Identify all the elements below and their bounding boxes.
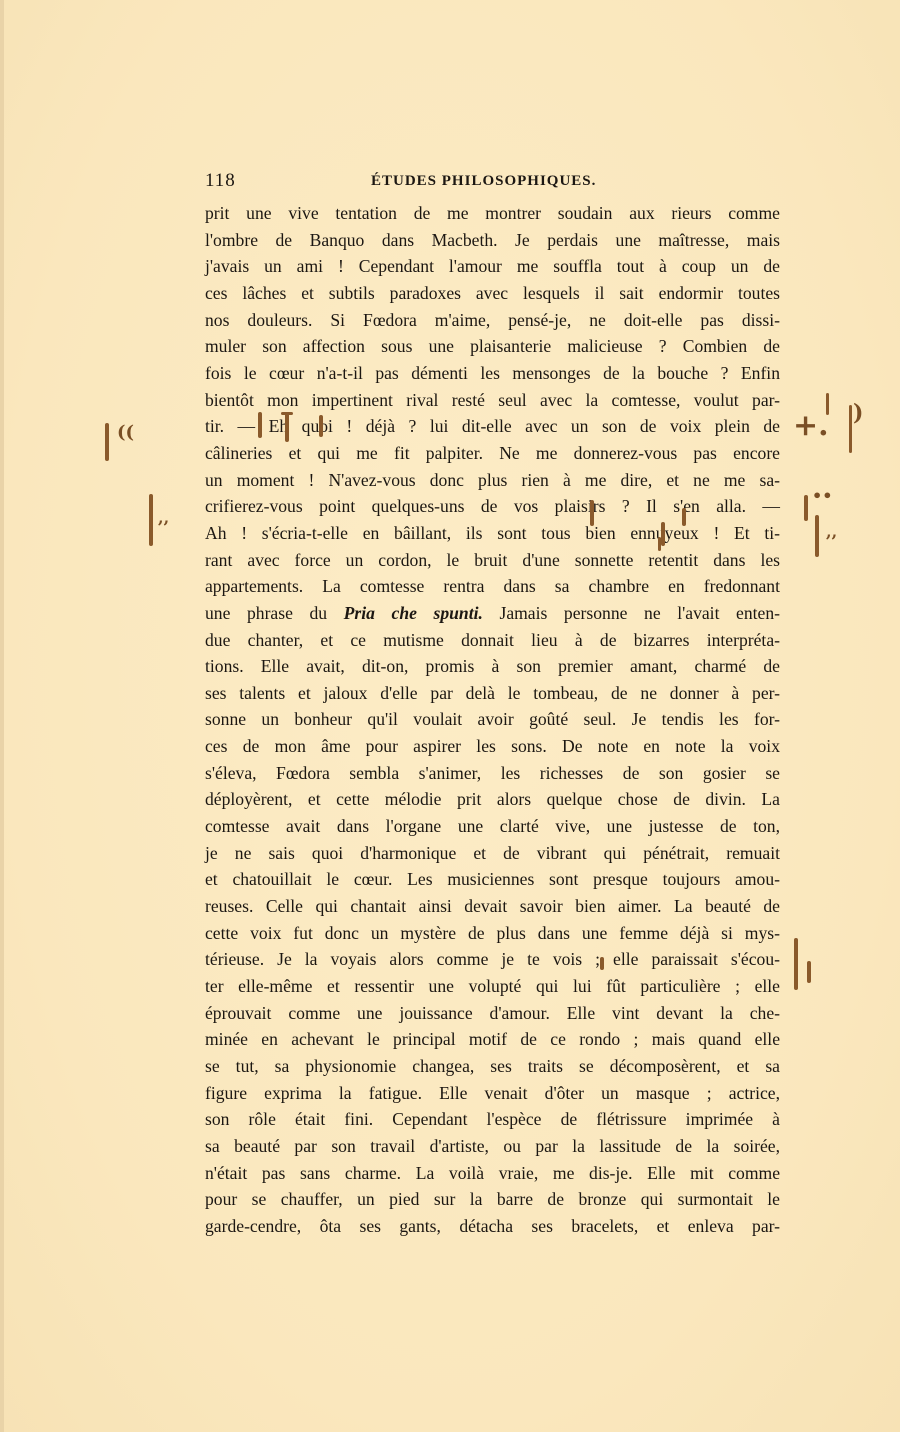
text-line: un moment ! N'avez-vous donc plus rien à… bbox=[205, 467, 780, 494]
margin-annotation: ,, bbox=[826, 522, 837, 541]
text-line-with-italic: une phrase du Pria che spunti. Jamais pe… bbox=[205, 600, 780, 627]
margin-bracket bbox=[149, 494, 153, 546]
proof-mark bbox=[682, 508, 686, 526]
text-line: tions. Elle avait, dit-on, promis à son … bbox=[205, 653, 780, 680]
text-line: muler son affection sous une plaisanteri… bbox=[205, 333, 780, 360]
text-line: éprouvait comme une jouissance d'amour. … bbox=[205, 1000, 780, 1027]
text-line: j'avais un ami ! Cependant l'amour me so… bbox=[205, 253, 780, 280]
margin-annotation: ,, bbox=[158, 508, 169, 527]
text-line: sa beauté par son travail d'artiste, ou … bbox=[205, 1133, 780, 1160]
proof-mark bbox=[319, 415, 323, 437]
page-header: 118 ÉTUDES PHILOSOPHIQUES. bbox=[205, 170, 780, 196]
margin-annotation: ) bbox=[853, 400, 863, 426]
text-line: crifierez-vous point quelques-uns de vos… bbox=[205, 493, 780, 520]
margin-bracket bbox=[105, 423, 109, 461]
proof-mark bbox=[258, 412, 262, 438]
text-line: nos douleurs. Si Fœdora m'aime, pensé-je… bbox=[205, 307, 780, 334]
text-line: térieuse. Je la voyais alors comme je te… bbox=[205, 946, 780, 973]
proof-mark bbox=[600, 957, 604, 970]
text-line: câlineries et qui me fit palpiter. Ne me… bbox=[205, 440, 780, 467]
margin-bracket bbox=[794, 938, 798, 990]
text-line: cette voix fut donc un mystère de plus d… bbox=[205, 920, 780, 947]
text-line: et chatouillait le cœur. Les musiciennes… bbox=[205, 866, 780, 893]
margin-bracket bbox=[804, 495, 808, 521]
body-text: prit une vive tentation de me montrer so… bbox=[205, 200, 780, 1240]
text-fragment: une phrase du bbox=[205, 603, 344, 623]
proof-mark bbox=[285, 412, 289, 442]
text-line: minée en achevant le principal motif de … bbox=[205, 1026, 780, 1053]
text-line: sonne un bonheur qu'il voulait avoir goû… bbox=[205, 706, 780, 733]
text-line: l'ombre de Banquo dans Macbeth. Je perda… bbox=[205, 227, 780, 254]
text-line: ter elle-même et ressentir une volupté q… bbox=[205, 973, 780, 1000]
margin-annotation: •• bbox=[812, 486, 832, 505]
text-line: ces de mon âme pour aspirer les sons. De… bbox=[205, 733, 780, 760]
text-line: ses talents et jaloux d'elle par delà le… bbox=[205, 680, 780, 707]
text-line: son rôle était fini. Cependant l'espèce … bbox=[205, 1106, 780, 1133]
book-page: 118 ÉTUDES PHILOSOPHIQUES. prit une vive… bbox=[0, 0, 900, 1432]
text-line: n'était pas sans charme. La voilà vraie,… bbox=[205, 1160, 780, 1187]
proof-mark bbox=[661, 522, 665, 546]
proof-mark bbox=[590, 500, 594, 526]
margin-bracket bbox=[849, 405, 852, 453]
text-line: ces lâches et subtils paradoxes avec les… bbox=[205, 280, 780, 307]
text-line: due chanter, et ce mutisme donnait lieu … bbox=[205, 627, 780, 654]
text-line: figure exprima la fatigue. Elle venait d… bbox=[205, 1080, 780, 1107]
text-line: Ah ! s'écria-t-elle en bâillant, ils son… bbox=[205, 520, 780, 547]
running-head: ÉTUDES PHILOSOPHIQUES. bbox=[371, 173, 596, 190]
page-number: 118 bbox=[205, 170, 236, 192]
text-line: je ne sais quoi d'harmonique et de vibra… bbox=[205, 840, 780, 867]
margin-bracket bbox=[826, 393, 829, 415]
text-line: s'éleva, Fœdora sembla s'animer, les ric… bbox=[205, 760, 780, 787]
text-line: reuses. Celle qui chantait ainsi devait … bbox=[205, 893, 780, 920]
text-line: pour se chauffer, un pied sur la barre d… bbox=[205, 1186, 780, 1213]
italic-title: Pria che spunti. bbox=[344, 603, 483, 623]
text-line: appartements. La comtesse rentra dans sa… bbox=[205, 573, 780, 600]
text-line: déployèrent, et cette mélodie prit alors… bbox=[205, 786, 780, 813]
text-line: prit une vive tentation de me montrer so… bbox=[205, 200, 780, 227]
margin-annotation: +. bbox=[793, 408, 829, 443]
text-line: rant avec force un cordon, le bruit d'un… bbox=[205, 547, 780, 574]
text-line: bientôt mon impertinent rival resté seul… bbox=[205, 387, 780, 414]
proof-mark bbox=[658, 537, 661, 551]
margin-bracket bbox=[807, 961, 811, 983]
text-line: fois le cœur n'a-t-il pas démenti les me… bbox=[205, 360, 780, 387]
text-line: tir. — Eh quoi ! déjà ? lui dit-elle ave… bbox=[205, 413, 780, 440]
proof-mark bbox=[281, 412, 293, 415]
margin-bracket bbox=[815, 515, 819, 557]
margin-annotation: (( bbox=[117, 422, 134, 443]
text-fragment: Jamais personne ne l'avait enten- bbox=[483, 603, 780, 623]
text-line: se tut, sa physionomie changea, ses trai… bbox=[205, 1053, 780, 1080]
text-line: comtesse avait dans l'organe une clarté … bbox=[205, 813, 780, 840]
page-edge bbox=[0, 0, 4, 1432]
text-line: garde-cendre, ôta ses gants, détacha ses… bbox=[205, 1213, 780, 1240]
